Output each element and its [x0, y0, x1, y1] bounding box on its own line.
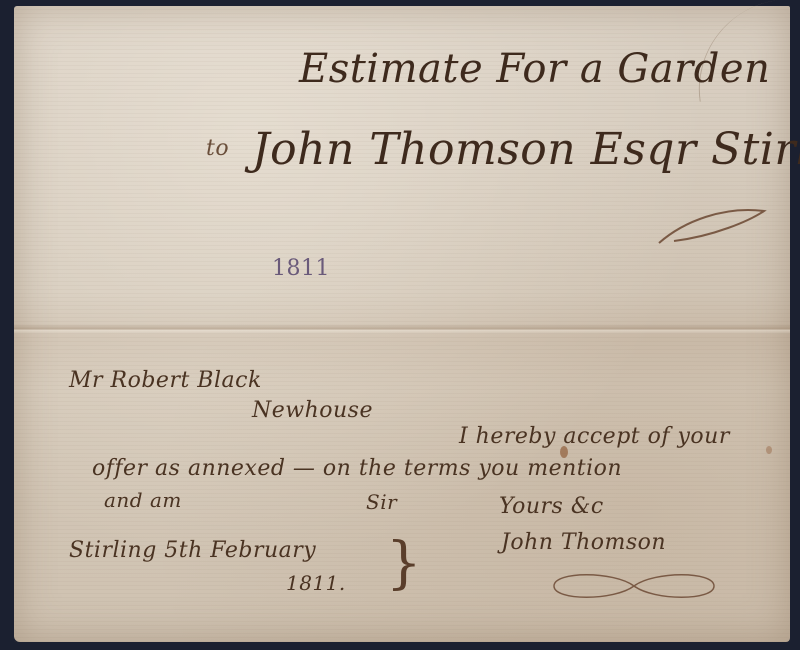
- letter-address: Newhouse: [252, 398, 373, 423]
- heading-to-prefix: to: [206, 136, 229, 161]
- pencil-year-annotation: 1811: [272, 256, 330, 281]
- signature-flourish: [544, 566, 724, 606]
- letter-salutation: Mr Robert Black: [69, 368, 262, 393]
- letter-closing: Yours &c: [499, 494, 604, 519]
- letter-paper: Estimate For a Garden to John Thomson Es…: [14, 6, 790, 642]
- heading-estimate: Estimate For a Garden: [299, 46, 770, 92]
- letter-body-line-3: and am: [104, 488, 182, 512]
- brace-glyph: }: [386, 531, 422, 596]
- letter-signature: John Thomson: [501, 530, 666, 555]
- heading-flourish: [654, 201, 774, 251]
- letter-body-line-2: offer as annexed — on the terms you ment…: [92, 456, 622, 481]
- letter-body-line-1: I hereby accept of your: [459, 424, 730, 449]
- letter-place-date: Stirling 5th February: [69, 538, 316, 563]
- ink-stain: [560, 446, 568, 458]
- heading-recipient: John Thomson Esqr Stirling: [252, 124, 800, 175]
- letter-year: 1811.: [286, 571, 346, 595]
- paper-fold-crease: [14, 324, 790, 334]
- ink-stain: [766, 446, 772, 454]
- letter-sir: Sir: [366, 490, 397, 514]
